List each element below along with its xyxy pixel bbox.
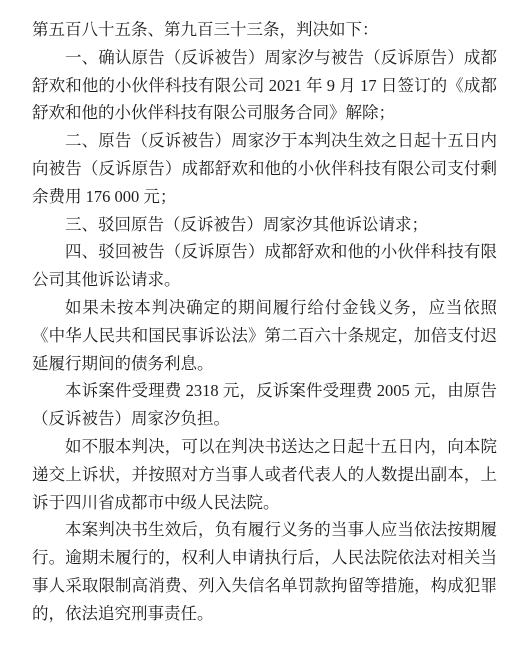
judgment-ruling-item-4: 四、驳回被告（反诉原告）成都舒欢和他的小伙伴科技有限公司其他诉讼请求。	[32, 238, 497, 294]
document-page: 第五百八十五条、第九百三十三条，判决如下： 一、确认原告（反诉被告）周家汐与被告…	[0, 0, 505, 646]
judgment-ruling-item-3: 三、驳回原告（反诉被告）周家汐其他诉讼请求；	[32, 211, 497, 239]
appeal-notice-paragraph: 如不服本判决，可以在判决书送达之日起十五日内，向本院递交上诉状，并按照对方当事人…	[32, 433, 497, 516]
judgment-intro-line: 第五百八十五条、第九百三十三条，判决如下：	[32, 16, 497, 44]
judgment-ruling-item-2: 二、原告（反诉被告）周家汐于本判决生效之日起十五日内向被告（反诉原告）成都舒欢和…	[32, 127, 497, 210]
judgment-ruling-item-1: 一、确认原告（反诉被告）周家汐与被告（反诉原告）成都舒欢和他的小伙伴科技有限公司…	[32, 44, 497, 127]
court-fees-paragraph: 本诉案件受理费 2318 元，反诉案件受理费 2005 元，由原告（反诉被告）周…	[32, 377, 497, 433]
enforcement-notice-paragraph: 本案判决书生效后，负有履行义务的当事人应当依法按期履行。逾期未履行的，权利人申请…	[32, 516, 497, 627]
late-performance-interest-paragraph: 如果未按本判决确定的期间履行给付金钱义务，应当依照《中华人民共和国民事诉讼法》第…	[32, 294, 497, 377]
